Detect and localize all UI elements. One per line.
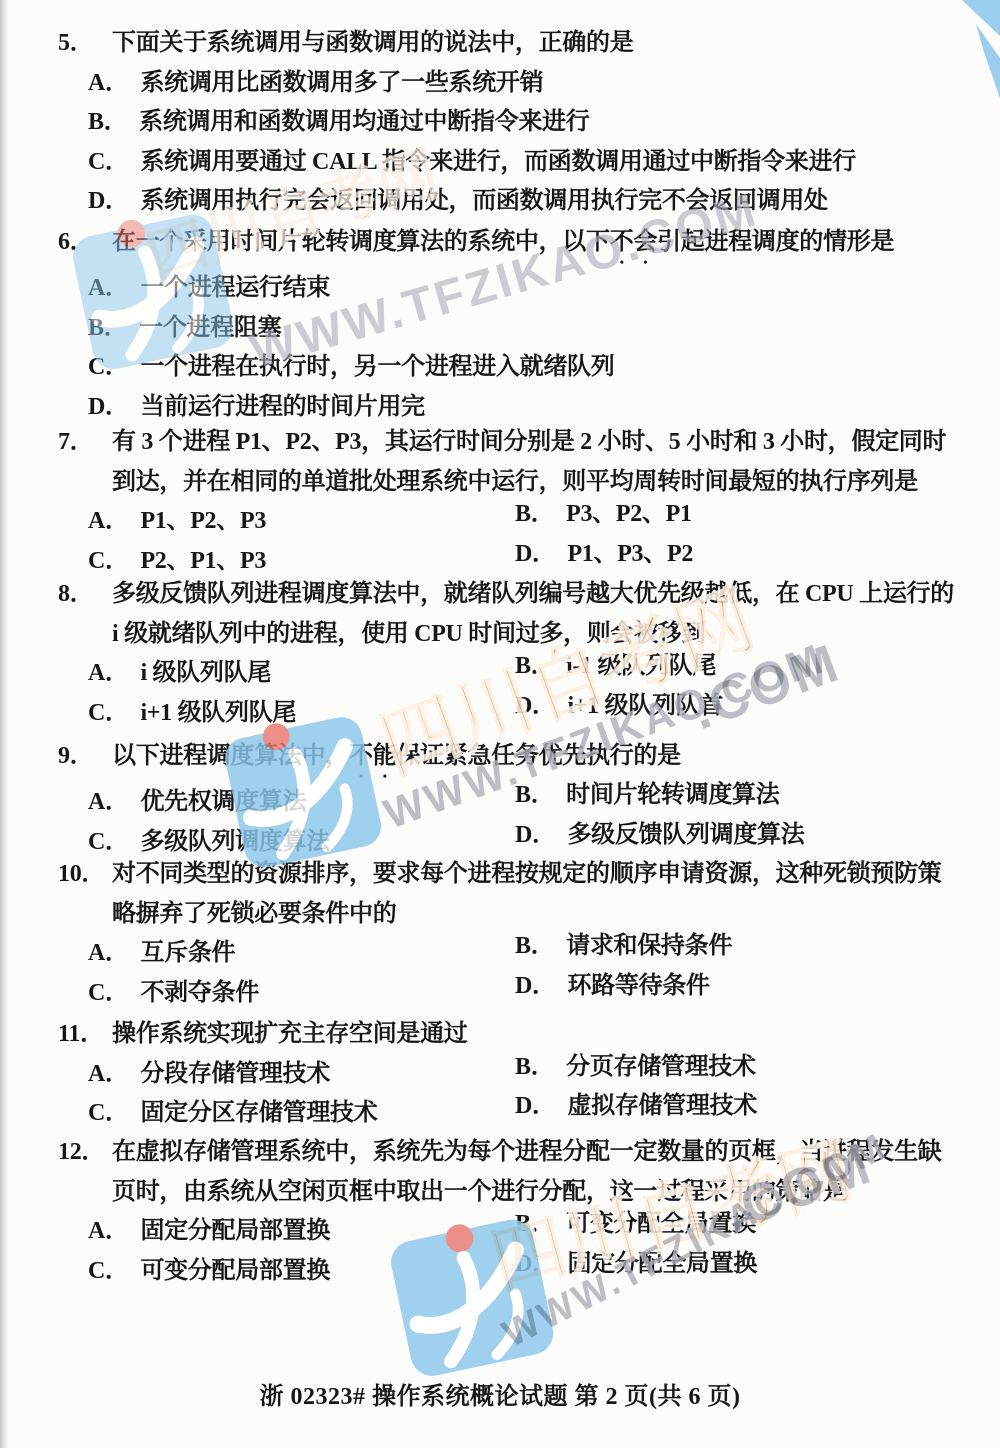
stem-emphasized-text: 不能 [349, 743, 396, 769]
question-options: A． i 级队列队尾 B． i-1 级队列队尾 C． i+1 级队列队尾 D． … [88, 654, 1000, 733]
option-text: 一个进程阻塞 [139, 315, 281, 341]
option-A: A． 优先权调度算法 [88, 783, 515, 823]
question-options: A． 优先权调度算法 B． 时间片轮转调度算法 C． 多级队列调度算法 D． 多… [88, 783, 1000, 862]
option-text: i-1 级队列队尾 [566, 653, 716, 679]
stem-text: 对不同类型的资源排序，要求每个进程按规定的顺序申请资源，这种死锁预防策略摒弃了死… [112, 861, 942, 927]
option-text: 一个进程运行结束 [140, 275, 330, 301]
option-label: C． [88, 548, 129, 574]
question-stem: 在一个采用时间片轮转调度算法的系统中，以下不会引起进程调度的情形是 [112, 223, 964, 269]
question-options: A． 一个进程运行结束 B． 一个进程阻塞 C． 一个进程在执行时，另一个进程进… [88, 269, 1000, 427]
option-label: D． [515, 693, 556, 719]
option-label: D． [515, 1251, 556, 1277]
option-C: C． 系统调用要通过 CALL 指令来进行，而函数调用通过中断指令来进行 [88, 143, 1000, 183]
option-label: B． [515, 1211, 554, 1237]
option-D: D． 当前运行进程的时间片用完 [88, 388, 1000, 428]
option-label: B． [515, 782, 554, 808]
option-text: i+1 级队列队首 [567, 693, 723, 719]
question-number: 5． [58, 24, 93, 64]
option-text: 虚拟存储管理技术 [567, 1093, 757, 1119]
question-11: 11． 操作系统实现扩充主存空间是通过 A． 分段存储管理技术 B． 分页存储管… [0, 1015, 1000, 1134]
option-B: B． 请求和保持条件 [515, 927, 1000, 967]
option-label: A． [88, 275, 129, 301]
option-C: C． i+1 级队列队尾 [88, 694, 515, 734]
question-number: 8． [58, 575, 93, 615]
option-B: B． 可变分配全局置换 [515, 1205, 1000, 1245]
option-text: 不剥夺条件 [140, 980, 259, 1006]
stem-text: 多级反馈队列进程调度算法中，就绪队列编号越大优先级越低，在 CPU 上运行的 i… [112, 581, 954, 647]
option-label: D． [515, 1093, 556, 1119]
option-text: 互斥条件 [140, 940, 235, 966]
option-text: 固定分配局部置换 [140, 1218, 330, 1244]
question-8: 8． 多级反馈队列进程调度算法中，就绪队列编号越大优先级越低，在 CPU 上运行… [0, 575, 1000, 733]
option-text: P3、P2、P1 [566, 501, 692, 527]
question-stem: 在虚拟存储管理系统中，系统先为每个进程分配一定数量的页框，当进程发生缺页时，由系… [112, 1133, 964, 1212]
option-label: C． [88, 354, 129, 380]
option-label: B． [515, 933, 554, 959]
option-D: D． 多级反馈队列调度算法 [515, 816, 1000, 856]
option-label: C． [88, 700, 129, 726]
option-text: 一个进程在执行时，另一个进程进入就绪队列 [140, 354, 614, 380]
option-label: B． [515, 1054, 554, 1080]
question-options: A． 系统调用比函数调用多了一些系统开销 B． 系统调用和函数调用均通过中断指令… [88, 64, 1000, 222]
option-B: B． i-1 级队列队尾 [515, 647, 1000, 687]
option-text: 系统调用比函数调用多了一些系统开销 [140, 70, 543, 96]
option-label: D． [515, 973, 556, 999]
option-C: C． 一个进程在执行时，另一个进程进入就绪队列 [88, 348, 1000, 388]
option-text: 多级反馈队列调度算法 [567, 822, 804, 848]
option-B: B． 分页存储管理技术 [515, 1048, 1000, 1088]
option-label: C． [88, 149, 129, 175]
option-A: A． 分段存储管理技术 [88, 1055, 515, 1095]
option-D: D． 环路等待条件 [515, 967, 1000, 1007]
option-label: A． [88, 660, 129, 686]
option-text: 分页存储管理技术 [566, 1054, 756, 1080]
option-label: A． [88, 508, 129, 534]
option-text: i 级队列队尾 [140, 660, 271, 686]
question-number: 12． [58, 1133, 105, 1173]
question-6: 6． 在一个采用时间片轮转调度算法的系统中，以下不会引起进程调度的情形是 A． … [0, 223, 1000, 427]
stem-text: 有 3 个进程 P1、P2、P3，其运行时间分别是 2 小时、5 小时和 3 小… [112, 429, 946, 495]
option-label: C． [88, 980, 129, 1006]
question-options: A． 分段存储管理技术 B． 分页存储管理技术 C． 固定分区存储管理技术 D．… [88, 1055, 1000, 1134]
stem-text: 操作系统实现扩充主存空间是通过 [112, 1021, 468, 1047]
option-text: 可变分配局部置换 [140, 1258, 330, 1284]
option-label: A． [88, 1061, 129, 1087]
option-label: A． [88, 940, 129, 966]
option-C: C． 固定分区存储管理技术 [88, 1094, 515, 1134]
option-text: P2、P1、P3 [140, 548, 266, 574]
question-12: 12． 在虚拟存储管理系统中，系统先为每个进程分配一定数量的页框，当进程发生缺页… [0, 1133, 1000, 1291]
option-B: B． 系统调用和函数调用均通过中断指令来进行 [88, 103, 1000, 143]
option-D: D． i+1 级队列队首 [515, 687, 1000, 727]
option-text: i+1 级队列队尾 [140, 700, 296, 726]
stem-text: 在虚拟存储管理系统中，系统先为每个进程分配一定数量的页框，当进程发生缺页时，由系… [112, 1139, 942, 1205]
option-label: D． [515, 541, 556, 567]
option-label: A． [88, 789, 129, 815]
option-label: B． [88, 315, 127, 341]
option-B: B． P3、P2、P1 [515, 495, 1000, 535]
option-text: P1、P2、P3 [140, 508, 266, 534]
option-D: D． P1、P3、P2 [515, 535, 1000, 575]
questions-area: 5． 下面关于系统调用与函数调用的说法中，正确的是 A． 系统调用比函数调用多了… [0, 0, 1000, 1448]
stem-text: 下面关于系统调用与函数调用的说法中，正确的是 [112, 30, 633, 56]
question-number: 10． [58, 855, 105, 895]
option-A: A． 固定分配局部置换 [88, 1212, 515, 1252]
stem-text: 引起进程调度的情形是 [657, 229, 894, 255]
option-text: 当前运行进程的时间片用完 [140, 394, 424, 420]
stem-text: 在一个采用时间片轮转调度算法的系统中，以下 [112, 229, 610, 255]
question-5: 5． 下面关于系统调用与函数调用的说法中，正确的是 A． 系统调用比函数调用多了… [0, 24, 1000, 222]
option-text: P1、P3、P2 [567, 541, 693, 567]
option-C: C． 可变分配局部置换 [88, 1252, 515, 1292]
option-D: D． 虚拟存储管理技术 [515, 1087, 1000, 1127]
option-label: B． [88, 109, 127, 135]
option-text: 分段存储管理技术 [140, 1061, 330, 1087]
question-stem: 对不同类型的资源排序，要求每个进程按规定的顺序申请资源，这种死锁预防策略摒弃了死… [112, 855, 964, 934]
question-options: A． 固定分配局部置换 B． 可变分配全局置换 C． 可变分配局部置换 D． 固… [88, 1212, 1000, 1291]
option-text: 系统调用和函数调用均通过中断指令来进行 [139, 109, 589, 135]
question-stem: 下面关于系统调用与函数调用的说法中，正确的是 [112, 24, 964, 64]
option-A: A． 系统调用比函数调用多了一些系统开销 [88, 64, 1000, 104]
option-label: B． [515, 501, 554, 527]
exam-paper-page: 四川自考网 WWW.TFZIKAO.COM 四川自考网 WWW.TFZIKAO.… [0, 0, 1000, 1448]
option-D: D． 固定分配全局置换 [515, 1245, 1000, 1285]
option-label: D． [88, 188, 129, 214]
question-9: 9． 以下进程调度算法中，不能保证紧急任务优先执行的是 A． 优先权调度算法 B… [0, 737, 1000, 862]
option-text: 可变分配全局置换 [566, 1211, 756, 1237]
stem-emphasized-text: 不会 [610, 229, 657, 255]
question-number: 9． [58, 737, 93, 777]
option-A: A． i 级队列队尾 [88, 654, 515, 694]
option-label: B． [515, 653, 554, 679]
option-label: C． [88, 1258, 129, 1284]
option-A: A． 一个进程运行结束 [88, 269, 1000, 309]
option-text: 固定分配全局置换 [567, 1251, 757, 1277]
option-label: C． [88, 1100, 129, 1126]
question-number: 7． [58, 423, 93, 463]
stem-text: 以下进程调度算法中， [112, 743, 349, 769]
option-text: 时间片轮转调度算法 [566, 782, 779, 808]
option-label: A． [88, 1218, 129, 1244]
option-text: 系统调用要通过 CALL 指令来进行，而函数调用通过中断指令来进行 [140, 149, 855, 175]
option-label: C． [88, 829, 129, 855]
option-label: D． [88, 394, 129, 420]
option-text: 固定分区存储管理技术 [140, 1100, 377, 1126]
option-text: 优先权调度算法 [140, 789, 306, 815]
option-D: D． 系统调用执行完会返回调用处，而函数调用执行完不会返回调用处 [88, 182, 1000, 222]
option-A: A． 互斥条件 [88, 934, 515, 974]
option-text: 多级队列调度算法 [140, 829, 330, 855]
scan-edge-shadow [0, 0, 9, 1448]
option-B: B． 一个进程阻塞 [88, 309, 1000, 349]
option-label: A． [88, 70, 129, 96]
question-10: 10． 对不同类型的资源排序，要求每个进程按规定的顺序申请资源，这种死锁预防策略… [0, 855, 1000, 1013]
option-text: 系统调用执行完会返回调用处，而函数调用执行完不会返回调用处 [140, 188, 827, 214]
option-text: 请求和保持条件 [566, 933, 732, 959]
question-options: A． P1、P2、P3 B． P3、P2、P1 C． P2、P1、P3 D． P… [88, 502, 1000, 581]
question-stem: 有 3 个进程 P1、P2、P3，其运行时间分别是 2 小时、5 小时和 3 小… [112, 423, 964, 502]
question-number: 6． [58, 223, 93, 263]
stem-text: 保证紧急任务优先执行的是 [396, 743, 680, 769]
question-7: 7． 有 3 个进程 P1、P2、P3，其运行时间分别是 2 小时、5 小时和 … [0, 423, 1000, 581]
option-label: D． [515, 822, 556, 848]
option-text: 环路等待条件 [567, 973, 709, 999]
option-B: B． 时间片轮转调度算法 [515, 776, 1000, 816]
option-C: C． 不剥夺条件 [88, 974, 515, 1014]
option-A: A． P1、P2、P3 [88, 502, 515, 542]
question-stem: 多级反馈队列进程调度算法中，就绪队列编号越大优先级越低，在 CPU 上运行的 i… [112, 575, 964, 654]
question-options: A． 互斥条件 B． 请求和保持条件 C． 不剥夺条件 D． 环路等待条件 [88, 934, 1000, 1013]
question-number: 11． [58, 1015, 104, 1055]
